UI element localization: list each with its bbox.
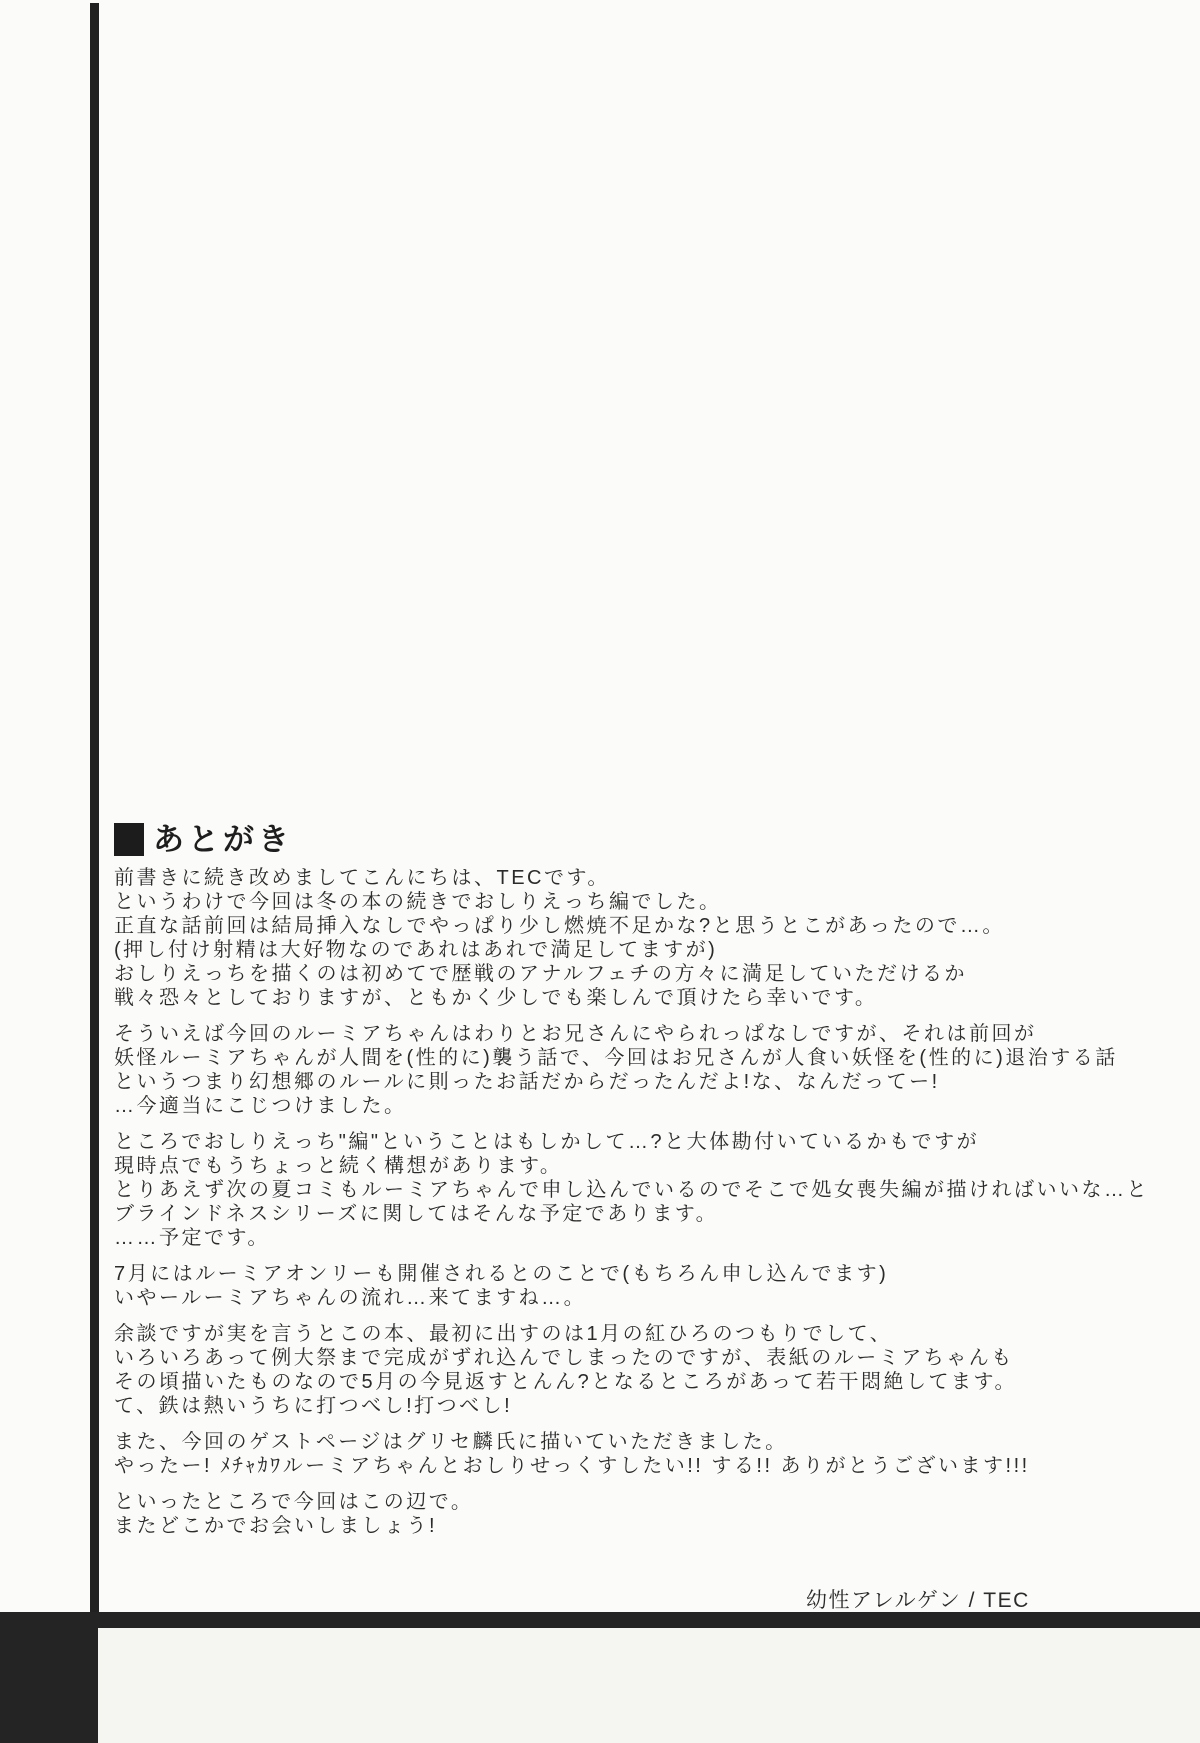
text-line: そういえば今回のルーミアちゃんはわりとお兄さんにやられっぱなしですが、それは前回… (114, 1022, 1174, 1046)
bottom-page-edge (98, 1628, 1200, 1743)
text-line: おしりえっちを描くのは初めてで歴戦のアナルフェチの方々に満足していただけるか (114, 962, 1174, 986)
afterword-page: あとがき 前書きに続き改めましてこんにちは、TECです。 というわけで今回は冬の… (0, 0, 1200, 1743)
text-line: というつまり幻想郷のルールに則ったお話だからだったんだよ!な、なんだってー! (114, 1070, 1174, 1094)
text-line: ブラインドネスシリーズに関してはそんな予定であります。 (114, 1202, 1174, 1226)
text-line: ところでおしりえっち"編"ということはもしかして…?と大体勘付いているかもですが (114, 1130, 1174, 1154)
text-line: 現時点でもうちょっと続く構想があります。 (114, 1154, 1174, 1178)
text-line: 余談ですが実を言うとこの本、最初に出すのは1月の紅ひろのつもりでして、 (114, 1322, 1174, 1346)
text-line: (押し付け射精は大好物なのであれはあれで満足してますが) (114, 938, 1174, 962)
afterword-paragraph: といったところで今回はこの辺で。 またどこかでお会いしましょう! (114, 1490, 1174, 1538)
section-heading: あとがき (114, 820, 1174, 858)
text-line: ……予定です。 (114, 1226, 1174, 1250)
text-line: 7月にはルーミアオンリーも開催されるとのことで(もちろん申し込んでます) (114, 1262, 1174, 1286)
text-line: 妖怪ルーミアちゃんが人間を(性的に)襲う話で、今回はお兄さんが人食い妖怪を(性的… (114, 1046, 1174, 1070)
text-line: て、鉄は熱いうちに打つべし!打つべし! (114, 1394, 1174, 1418)
text-line: その頃描いたものなので5月の今見返すとんん?となるところがあって若干悶絶してます… (114, 1370, 1174, 1394)
text-line: いやールーミアちゃんの流れ…来てますね…。 (114, 1286, 1174, 1310)
author-signature: 幼性アレルゲン / TEC (806, 1584, 1030, 1614)
text-line: 前書きに続き改めましてこんにちは、TECです。 (114, 866, 1174, 890)
text-line: …今適当にこじつけました。 (114, 1094, 1174, 1118)
afterword-paragraph: 前書きに続き改めましてこんにちは、TECです。 というわけで今回は冬の本の続きで… (114, 866, 1174, 1010)
text-line: 戦々恐々としておりますが、ともかく少しでも楽しんで頂けたら幸いです。 (114, 986, 1174, 1010)
afterword-paragraph: 余談ですが実を言うとこの本、最初に出すのは1月の紅ひろのつもりでして、 いろいろ… (114, 1322, 1174, 1418)
text-line: というわけで今回は冬の本の続きでおしりえっち編でした。 (114, 890, 1174, 914)
bottom-trim-bar (0, 1612, 1200, 1628)
left-binding-bar (90, 3, 99, 1613)
section-marker-icon (114, 823, 144, 856)
text-line: また、今回のゲストページはグリセ麟氏に描いていただきました。 (114, 1430, 1174, 1454)
text-line: いろいろあって例大祭まで完成がずれ込んでしまったのですが、表紙のルーミアちゃんも (114, 1346, 1174, 1370)
afterword-paragraph: また、今回のゲストページはグリセ麟氏に描いていただきました。 やったー! ﾒﾁｬ… (114, 1430, 1174, 1478)
afterword-content: あとがき 前書きに続き改めましてこんにちは、TECです。 というわけで今回は冬の… (114, 820, 1174, 1550)
text-line: とりあえず次の夏コミもルーミアちゃんで申し込んでいるのでそこで処女喪失編が描けれ… (114, 1178, 1174, 1202)
section-title: あとがき (153, 824, 293, 855)
afterword-paragraph: そういえば今回のルーミアちゃんはわりとお兄さんにやられっぱなしですが、それは前回… (114, 1022, 1174, 1118)
afterword-paragraph: ところでおしりえっち"編"ということはもしかして…?と大体勘付いているかもですが… (114, 1130, 1174, 1250)
text-line: 正直な話前回は結局挿入なしでやっぱり少し燃焼不足かな?と思うとこがあったので…。 (114, 914, 1174, 938)
bottom-left-corner-block (0, 1612, 98, 1743)
text-line: といったところで今回はこの辺で。 (114, 1490, 1174, 1514)
afterword-paragraph: 7月にはルーミアオンリーも開催されるとのことで(もちろん申し込んでます) いやー… (114, 1262, 1174, 1310)
text-line: またどこかでお会いしましょう! (114, 1514, 1174, 1538)
text-line: やったー! ﾒﾁｬｶﾜルーミアちゃんとおしりせっくすしたい!! する!! ありが… (114, 1454, 1174, 1478)
